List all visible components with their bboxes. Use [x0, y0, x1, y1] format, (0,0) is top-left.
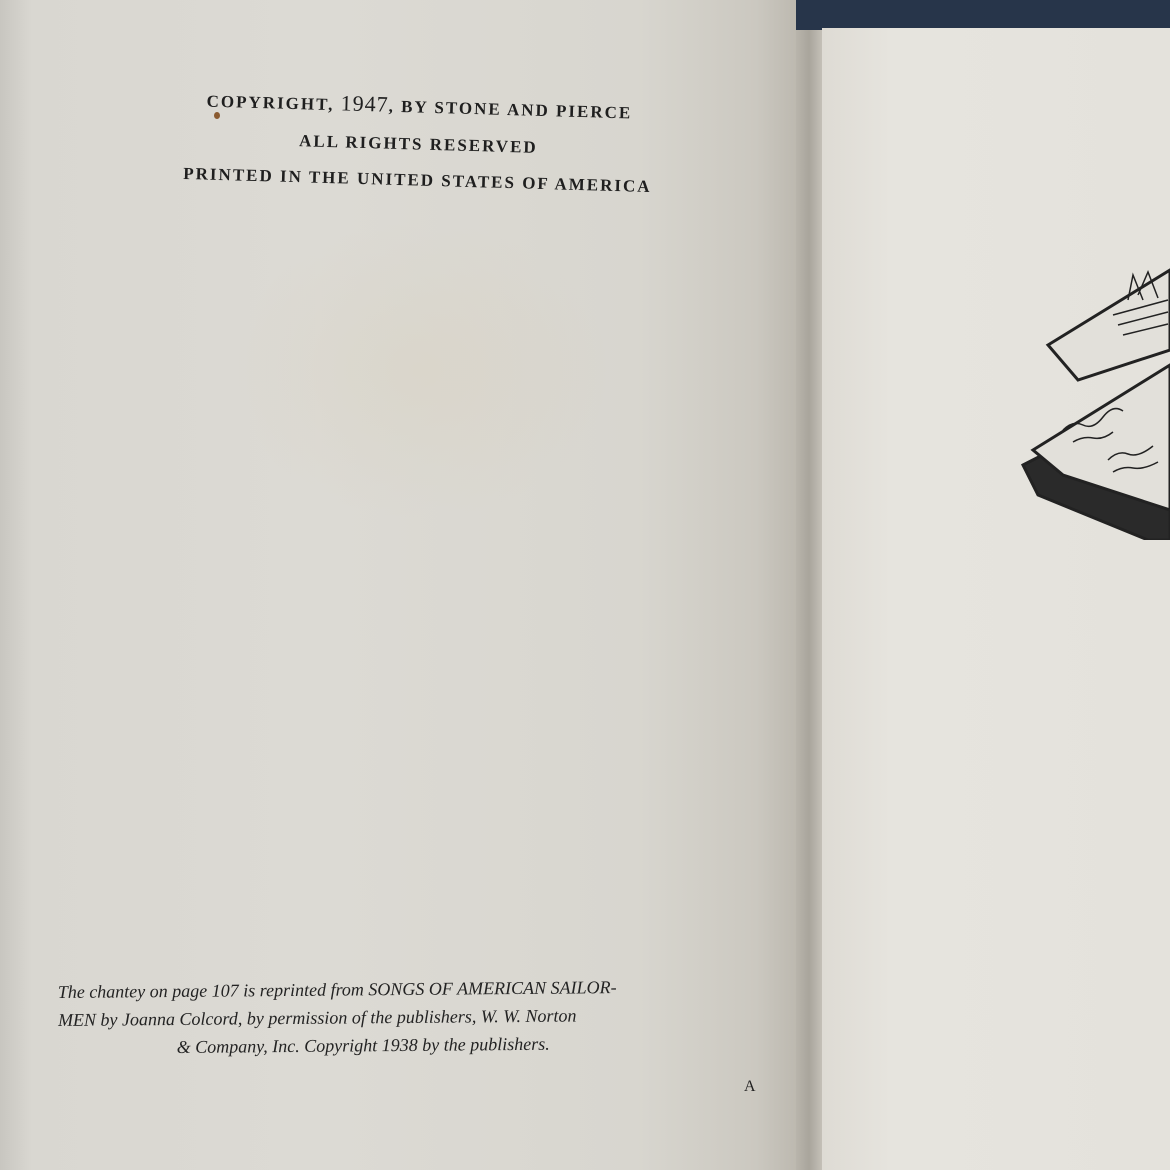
right-page — [822, 28, 1170, 1170]
rights-reserved-line: ALL RIGHTS RESERVED — [148, 127, 688, 162]
signature-mark: A — [744, 1078, 756, 1096]
printed-in-line: PRINTED IN THE UNITED STATES OF AMERICA — [147, 163, 687, 198]
copyright-notice: COPYRIGHT, 1947, BY STONE AND PIERCE ALL… — [147, 85, 690, 214]
logbook-illustration-icon — [1018, 260, 1170, 540]
permission-credit: The chantey on page 107 is reprinted fro… — [58, 972, 749, 1062]
book-gutter — [796, 30, 822, 1170]
left-page: COPYRIGHT, 1947, BY STONE AND PIERCE ALL… — [0, 0, 796, 1170]
copyright-line: COPYRIGHT, 1947, BY STONE AND PIERCE — [149, 85, 690, 126]
